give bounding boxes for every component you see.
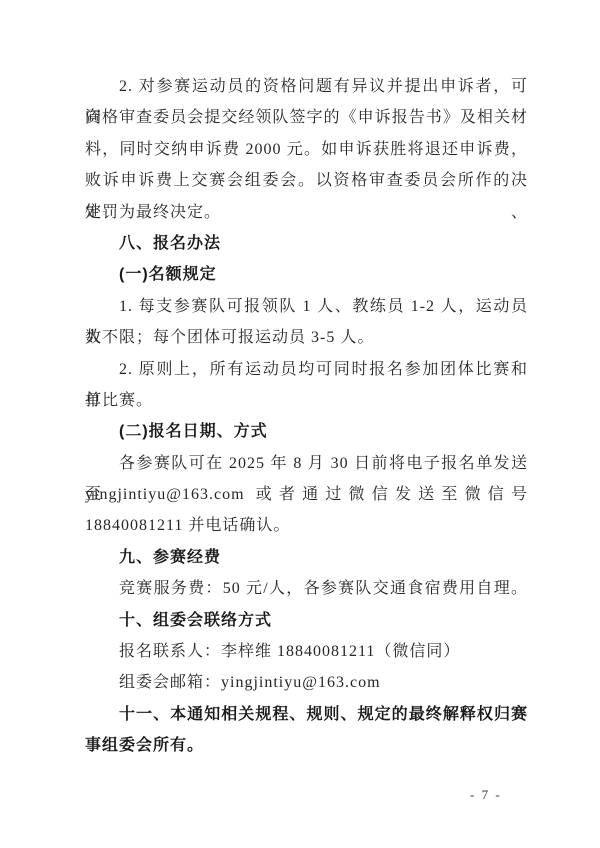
- page-number: - 7 -: [470, 787, 502, 802]
- heading-line: 十、组委会联络方式: [85, 605, 528, 636]
- text-line: 2. 对参赛运动员的资格问题有异议并提出申诉者，可向: [85, 71, 528, 102]
- text-line: yingjintiyu@163.com 或者通过微信发送至微信号: [85, 479, 528, 510]
- heading-line: 事组委会所有。: [85, 730, 528, 761]
- text-line: 败诉申诉费上交赛会组委会。以资格审查委员会所作的决定、: [85, 165, 528, 196]
- heading-line: (二)报名日期、方式: [85, 416, 528, 447]
- heading-line: 九、参赛经费: [85, 542, 528, 573]
- document-body: 2. 对参赛运动员的资格问题有异议并提出申诉者，可向资格审查委员会提交经领队签字…: [85, 71, 528, 762]
- text-line: 1. 每支参赛队可报领队 1 人、教练员 1-2 人，运动员人: [85, 291, 528, 322]
- text-line: 2. 原则上，所有运动员均可同时报名参加团体比赛和单: [85, 354, 528, 385]
- text-line: 资格审查委员会提交经领队签字的《申诉报告书》及相关材: [85, 102, 528, 133]
- heading-line: 八、报名办法: [85, 228, 528, 259]
- text-line: 料，同时交纳申诉费 2000 元。如申诉获胜将退还申诉费，: [85, 134, 528, 165]
- text-line: 组委会邮箱：yingjintiyu@163.com: [85, 667, 528, 698]
- text-line: 竞赛服务费：50 元/人，各参赛队交通食宿费用自理。: [85, 573, 528, 604]
- text-line: 数不限；每个团体可报运动员 3-5 人。: [85, 322, 528, 353]
- text-line: 报名联系人：李梓维 18840081211（微信同）: [85, 636, 528, 667]
- document-page: 2. 对参赛运动员的资格问题有异议并提出申诉者，可向资格审查委员会提交经领队签字…: [0, 0, 600, 848]
- heading-line: (一)名额规定: [85, 259, 528, 290]
- text-line: 打比赛。: [85, 385, 528, 416]
- text-line: 18840081211 并电话确认。: [85, 510, 528, 541]
- heading-line: 十一、本通知相关规程、规则、规定的最终解释权归赛: [85, 699, 528, 730]
- text-line: 各参赛队可在 2025 年 8 月 30 日前将电子报名单发送至: [85, 448, 528, 479]
